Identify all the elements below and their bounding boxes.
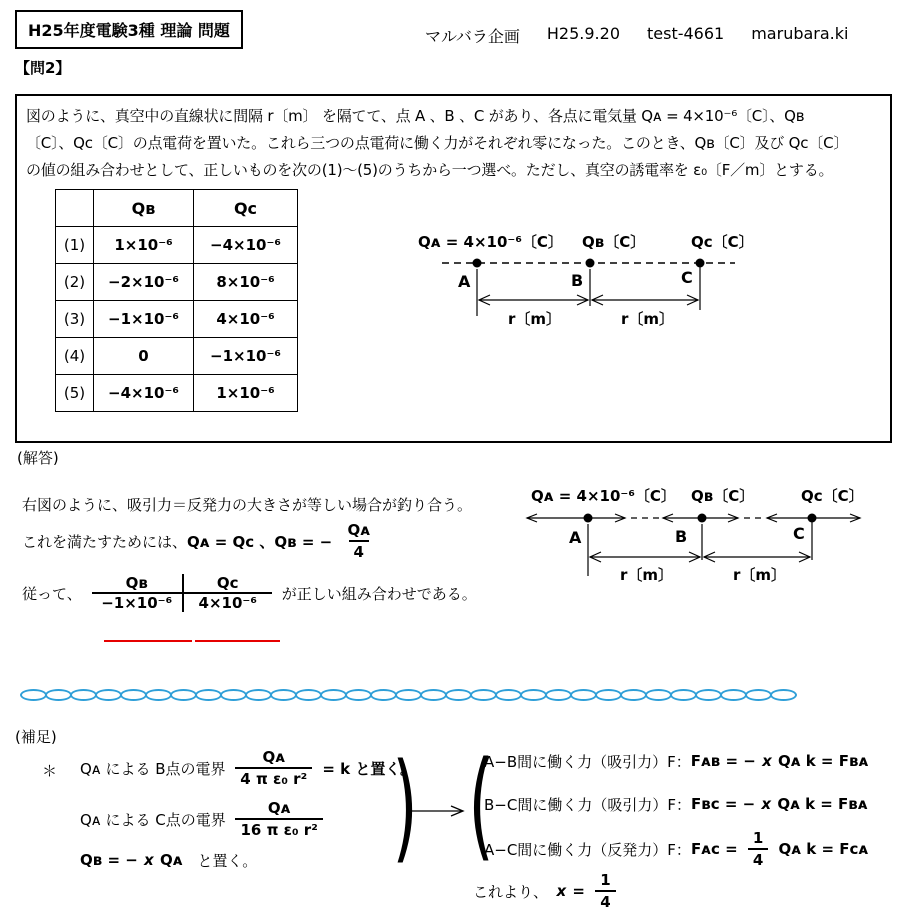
force-ab-formula-pre: Fᴀʙ = −	[691, 752, 761, 770]
problem-line: の値の組み合わせとして、正しいものを次の(1)～(5)のうちから一つ選べ。ただし…	[26, 157, 848, 184]
qc-value: 1×10⁻⁶	[194, 375, 298, 412]
force-bc-formula-pre: Fʙᴄ = −	[691, 795, 760, 813]
problem-line: 〔C〕、Qᴄ〔C〕の点電荷を置いた。これら三つの点電荷に働く力がそれぞれ零になっ…	[26, 130, 848, 157]
result-equals: =	[567, 882, 590, 900]
result-pre-text: これより、	[473, 881, 556, 902]
force-ac-formula-post: Qᴀ k = Fᴄᴀ	[773, 840, 868, 858]
table-row: (5) −4×10⁻⁶ 1×10⁻⁶	[56, 375, 298, 412]
distance-label: r〔m〕	[620, 564, 670, 585]
author-id: marubara.ki	[751, 24, 848, 47]
option-number: (2)	[56, 264, 94, 301]
x-variable: x	[556, 882, 568, 900]
qa-charge-label: Qᴀ = 4×10⁻⁶〔C〕	[531, 485, 676, 506]
option-number: (3)	[56, 301, 94, 338]
answer-line2: これを満たすためには、Qᴀ = Qᴄ 、Qʙ = − Qᴀ 4	[22, 519, 380, 563]
point-b-label: B	[571, 271, 583, 290]
answer-conclusion: 従って、 Qʙ Qᴄ −1×10⁻⁶ 4×10⁻⁶ が正しい組み合わせである。	[22, 561, 477, 625]
force-ab-formula-post: Qᴀ k = Fʙᴀ	[773, 752, 868, 770]
distance-label: r〔m〕	[508, 308, 558, 329]
field-c-label: Qᴀ による C点の電界	[80, 809, 230, 830]
force-ac-formula-pre: Fᴀᴄ =	[691, 840, 743, 858]
result-line: これより、 x = 1 4	[473, 868, 621, 914]
answer-underline	[195, 640, 280, 642]
supplement-line1: Qᴀ による B点の電界 Qᴀ 4 π ε₀ r² = k と置く。	[80, 742, 415, 794]
force-ab-line: A−B間に働く力（吸引力）F：Fᴀʙ = − x Qᴀ k = Fʙᴀ	[484, 748, 868, 774]
supplement-line2: Qᴀ による C点の電界 Qᴀ 16 π ε₀ r²	[80, 793, 328, 845]
qc-value: −4×10⁻⁶	[194, 227, 298, 264]
problem-line: 図のように、真空中の直線状に間隔 r〔m〕 を隔てて、点 A 、B 、C があり…	[26, 103, 848, 130]
qb-value: −4×10⁻⁶	[94, 375, 194, 412]
option-number: (5)	[56, 375, 94, 412]
qb-value: −1×10⁻⁶	[94, 301, 194, 338]
table-row: (3) −1×10⁻⁶ 4×10⁻⁶	[56, 301, 298, 338]
answer-heading: (解答)	[17, 447, 59, 468]
document-meta: マルバラ企画 H25.9.20 test-4661 marubara.ki	[425, 24, 848, 47]
qb-charge-label: Qʙ〔C〕	[582, 231, 645, 252]
qc-value: −1×10⁻⁶	[194, 338, 298, 375]
answer-line2-formula: Qᴀ = Qᴄ 、Qʙ = −	[187, 531, 337, 552]
qc-charge-label: Qᴄ〔C〕	[691, 231, 754, 252]
qb-value: 1×10⁻⁶	[94, 227, 194, 264]
qa-charge-label: Qᴀ = 4×10⁻⁶〔C〕	[418, 231, 563, 252]
point-a-label: A	[458, 272, 470, 291]
point-c-label: C	[681, 268, 693, 287]
qb-charge-label: Qʙ〔C〕	[691, 485, 754, 506]
qb-value: 0	[94, 338, 194, 375]
point-a-label: A	[569, 528, 581, 547]
qa-over-4-fraction: Qᴀ 4	[342, 522, 375, 560]
question-number: 【問2】	[15, 57, 70, 78]
test-code: test-4661	[647, 24, 724, 47]
x-variable: x	[143, 851, 155, 869]
option-number: (1)	[56, 227, 94, 264]
force-ac-line: A−C間に働く力（反発力）F：Fᴀᴄ = 1 4 Qᴀ k = Fᴄᴀ	[484, 826, 868, 872]
one-quarter-fraction: 1 4	[748, 830, 768, 868]
document-title: H25年度電験3種 理論 問題	[15, 10, 243, 49]
qc-header: Qᴄ	[194, 190, 298, 227]
qb-definition-pre: Qʙ = −	[80, 851, 143, 869]
force-bc-line: B−C間に働く力（吸引力）F：Fʙᴄ = − x Qᴀ k = Fʙᴀ	[484, 791, 868, 817]
mini-qc-value: 4×10⁻⁶	[184, 594, 272, 612]
asterisk-marker: ＊	[42, 760, 57, 781]
qb-definition-post: と置く。	[183, 850, 258, 871]
option-number: (4)	[56, 338, 94, 375]
publisher: マルバラ企画	[425, 24, 520, 47]
field-c-fraction: Qᴀ 16 π ε₀ r²	[235, 800, 322, 838]
table-header-row: Qʙ Qᴄ	[56, 190, 298, 227]
field-b-label: Qᴀ による B点の電界	[80, 758, 230, 779]
field-b-fraction: Qᴀ 4 π ε₀ r²	[235, 749, 312, 787]
qb-header: Qʙ	[94, 190, 194, 227]
answer-line2-text: これを満たすためには、	[22, 531, 187, 552]
mini-qb-value: −1×10⁻⁶	[92, 594, 184, 612]
exam-document-page: H25年度電験3種 理論 問題 マルバラ企画 H25.9.20 test-466…	[0, 0, 909, 924]
x-variable: x	[761, 752, 773, 770]
table-row: (4) 0 −1×10⁻⁶	[56, 338, 298, 375]
answer-mini-table: Qʙ Qᴄ −1×10⁻⁶ 4×10⁻⁶	[92, 574, 272, 612]
problem-statement: 図のように、真空中の直線状に間隔 r〔m〕 を隔てて、点 A 、B 、C があり…	[26, 103, 848, 184]
section-divider	[20, 689, 889, 701]
distance-label: r〔m〕	[733, 564, 783, 585]
qc-value: 8×10⁻⁶	[194, 264, 298, 301]
supplement-heading: (補足)	[15, 726, 57, 747]
answer-line1: 右図のように、吸引力＝反発力の大きさが等しい場合が釣り合う。	[22, 494, 472, 515]
mini-qb-header: Qʙ	[92, 574, 184, 594]
qc-value: 4×10⁻⁶	[194, 301, 298, 338]
implies-arrow	[408, 803, 468, 819]
empty-header-cell	[56, 190, 94, 227]
qc-charge-label: Qᴄ〔C〕	[801, 485, 864, 506]
date: H25.9.20	[547, 24, 620, 47]
answer-underline	[104, 640, 192, 642]
force-ab-label: A−B間に働く力（吸引力）F：	[484, 751, 691, 772]
force-bc-label: B−C間に働く力（吸引力）F：	[484, 794, 691, 815]
options-table: Qʙ Qᴄ (1) 1×10⁻⁶ −4×10⁻⁶ (2) −2×10⁻⁶ 8×1…	[55, 189, 298, 412]
point-b-label: B	[675, 527, 687, 546]
force-ac-label: A−C間に働く力（反発力）F：	[484, 839, 691, 860]
answer-force-diagram: Qᴀ = 4×10⁻⁶〔C〕 Qʙ〔C〕 Qᴄ〔C〕 A B C r〔m〕 r〔…	[505, 483, 907, 593]
mini-qc-header: Qᴄ	[184, 574, 272, 594]
result-fraction: 1 4	[595, 872, 615, 910]
x-variable: x	[760, 795, 772, 813]
conclusion-post-text: が正しい組み合わせである。	[282, 583, 477, 604]
table-row: (1) 1×10⁻⁶ −4×10⁻⁶	[56, 227, 298, 264]
distance-label: r〔m〕	[621, 308, 671, 329]
conclusion-pre-text: 従って、	[22, 583, 82, 604]
qb-definition-mid: Qᴀ	[155, 851, 183, 869]
problem-charge-diagram: Qᴀ = 4×10⁻⁶〔C〕 Qʙ〔C〕 Qᴄ〔C〕 A B C r〔m〕 r〔…	[395, 228, 845, 340]
point-c-label: C	[793, 524, 805, 543]
force-bc-formula-post: Qᴀ k = Fʙᴀ	[772, 795, 867, 813]
qb-value: −2×10⁻⁶	[94, 264, 194, 301]
table-row: (2) −2×10⁻⁶ 8×10⁻⁶	[56, 264, 298, 301]
supplement-line3: Qʙ = − x Qᴀ と置く。	[80, 848, 257, 872]
